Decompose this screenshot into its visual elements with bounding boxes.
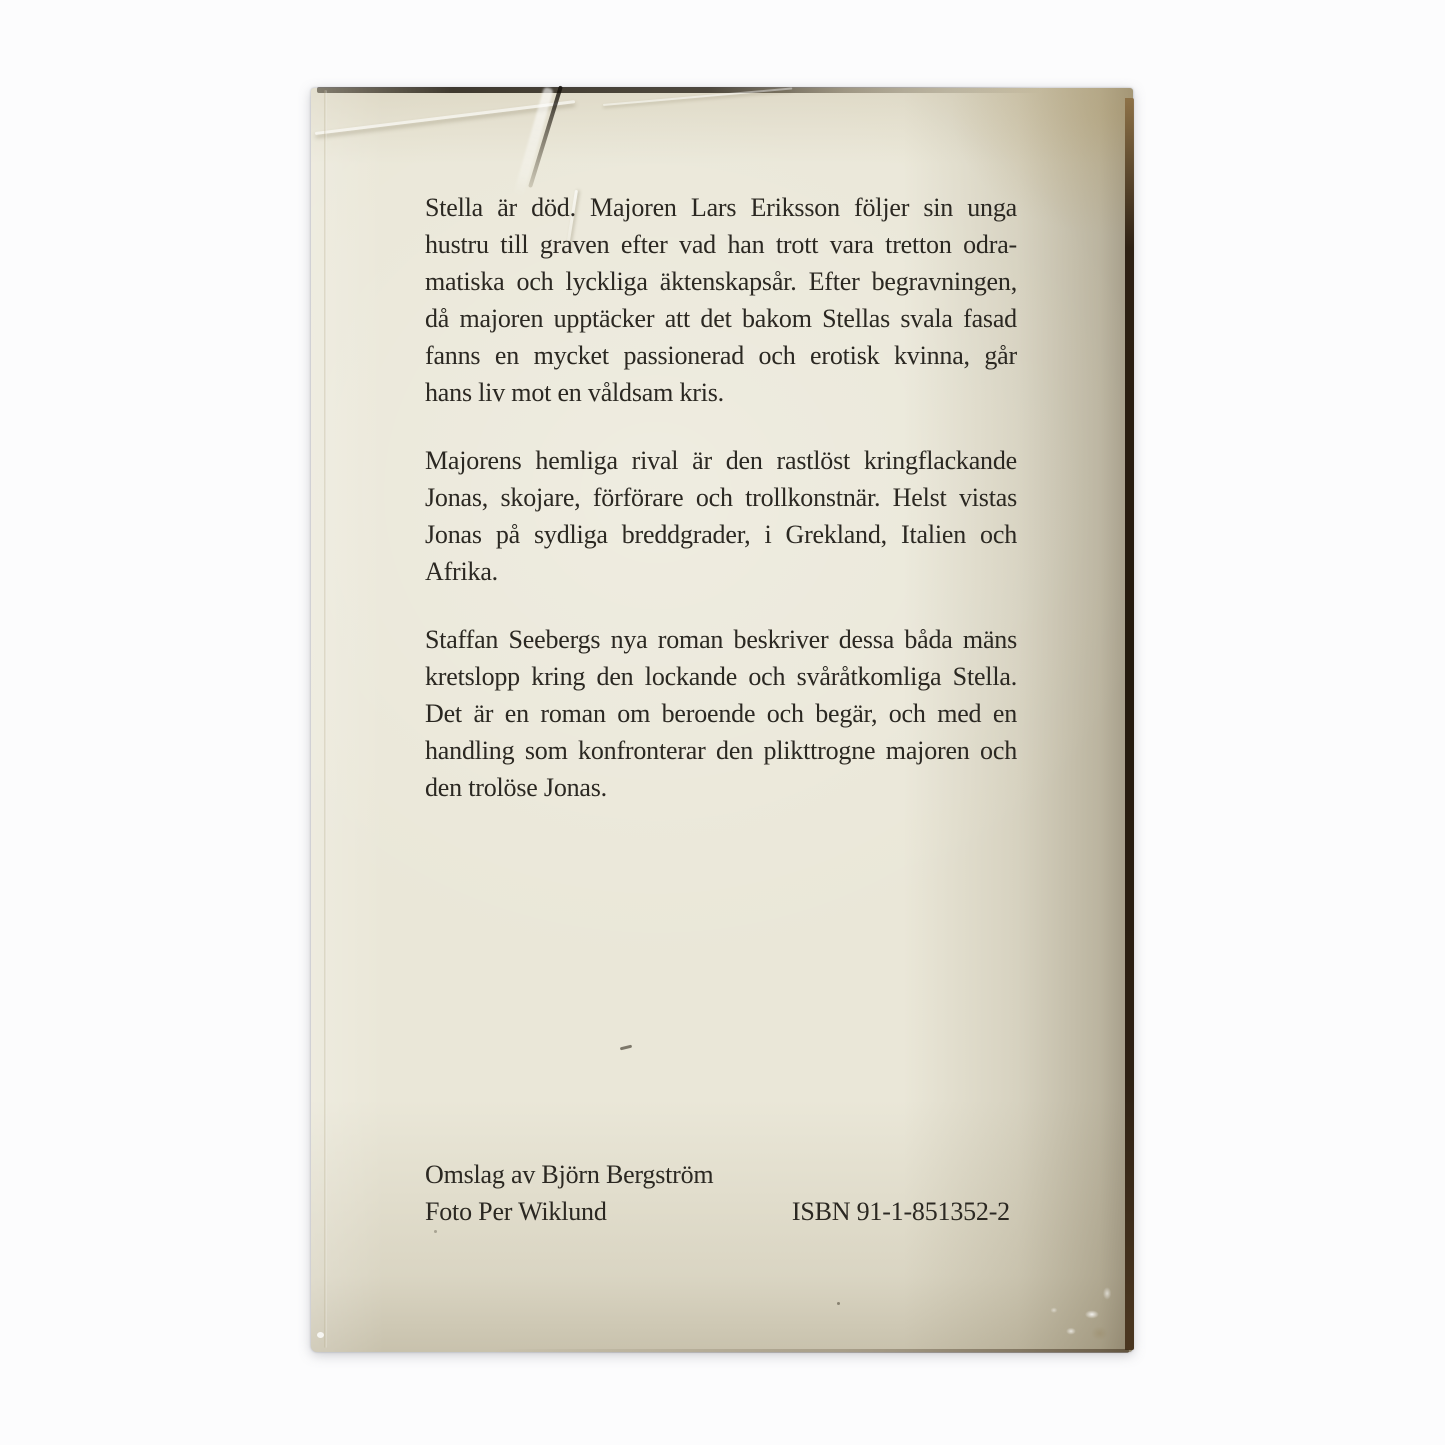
blurb-line: Staffan Seebergs nya roman beskriver des… [425,621,1017,658]
blurb-line: Stella är död. Majoren Lars Eriksson föl… [425,189,1017,226]
dust-speck [837,1302,840,1305]
blurb-line: kretslopp kring den lockande och svåråtk… [425,658,1017,695]
corner-scuff [1033,1243,1128,1348]
blurb-line: den trolöse Jonas. [425,769,1017,806]
credits-block: Omslag av Björn Bergström Foto Per Wiklu… [425,1156,713,1230]
blurb-text: Stella är död. Majoren Lars Eriksson föl… [425,189,1017,806]
blurb-paragraph-1: Stella är död. Majoren Lars Eriksson föl… [425,189,1017,411]
board-edge-top [317,87,1071,93]
edge-nick [317,1332,324,1338]
blurb-line: Det är en roman om beroende och begär, o… [425,695,1017,732]
blurb-line: Jonas på sydliga breddgrader, i Grekland… [425,516,1017,553]
blurb-line: hans liv mot en våldsam kris. [425,374,1017,411]
blurb-line: Afrika. [425,553,1017,590]
blurb-line: Jonas, skojare, förförare och trollkonst… [425,479,1017,516]
blurb-line: då majoren upptäcker att det bakom Stell… [425,300,1017,337]
blurb-line: fanns en mycket passionerad och erotisk … [425,337,1017,374]
blurb-line: matiska och lyckliga äktenskapsår. Efter… [425,263,1017,300]
isbn-number: ISBN 91-1-851352-2 [792,1193,1010,1230]
photo-background: Stella är död. Majoren Lars Eriksson föl… [0,0,1445,1445]
photo-credit: Foto Per Wiklund [425,1193,713,1230]
jacket-left-fold [324,90,327,1348]
blurb-line: handling som konfronterar den plikttrogn… [425,732,1017,769]
blurb-paragraph-2: Majorens hemliga rival är den rastlöst k… [425,442,1017,590]
blurb-line: Majorens hemliga rival är den rastlöst k… [425,442,1017,479]
scratch-mark [620,1045,632,1051]
blurb-paragraph-3: Staffan Seebergs nya roman beskriver des… [425,621,1017,806]
cover-design-credit: Omslag av Björn Bergström [425,1156,713,1193]
book-back-cover: Stella är död. Majoren Lars Eriksson föl… [311,88,1133,1352]
board-edge-bottom [492,1349,1129,1353]
board-edge-right [1125,98,1134,1350]
dust-speck [434,1230,437,1233]
blurb-line: hustru till graven efter vad han trott v… [425,226,1017,263]
